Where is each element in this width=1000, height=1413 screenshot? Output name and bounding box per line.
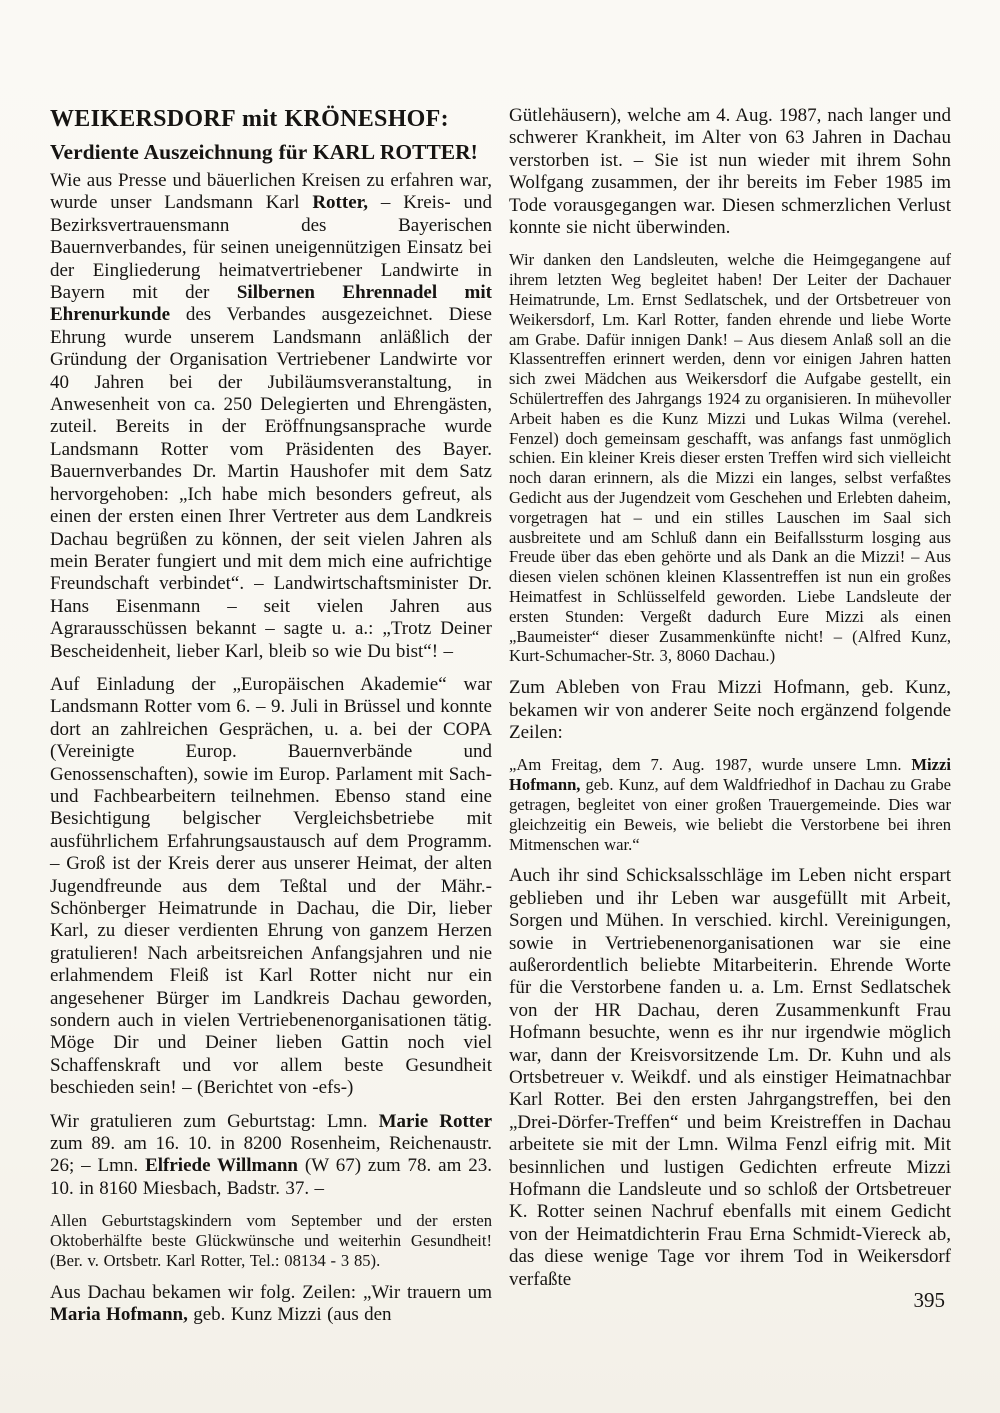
text-run: Auch ihr sind Schicksalsschläge im Leben… <box>509 865 951 1289</box>
text-run: Aus Dachau bekamen wir folg. Zeilen: „Wi… <box>50 1282 492 1303</box>
section-heading: WEIKERSDORF mit KRÖNESHOF: <box>50 105 492 133</box>
text-run: geb. Kunz Mizzi (aus den <box>188 1304 392 1325</box>
bold-text: Elfriede Willmann <box>145 1155 298 1176</box>
right-column-paragraphs: Gütlehäusern), welche am 4. Aug. 1987, n… <box>509 105 951 1291</box>
paragraph: Wir gratulieren zum Geburtstag: Lmn. Mar… <box>50 1111 492 1201</box>
paragraph: Wir danken den Landsleuten, welche die H… <box>509 250 951 666</box>
text-run: Wir gratulieren zum Geburtstag: Lmn. <box>50 1111 379 1132</box>
paragraph: Wie aus Presse und bäuerlichen Kreisen z… <box>50 170 492 663</box>
document-page: WEIKERSDORF mit KRÖNESHOF: Verdiente Aus… <box>0 0 1000 1413</box>
text-run: Auf Einladung der „Europäischen Akademie… <box>50 674 492 1098</box>
left-column: WEIKERSDORF mit KRÖNESHOF: Verdiente Aus… <box>50 105 492 1326</box>
paragraph: Auf Einladung der „Europäischen Akademie… <box>50 674 492 1100</box>
page-number: 395 <box>850 1288 945 1313</box>
text-run: „Am Freitag, dem 7. Aug. 1987, wurde uns… <box>509 755 911 774</box>
paragraph: Gütlehäusern), welche am 4. Aug. 1987, n… <box>509 105 951 239</box>
text-run: Gütlehäusern), welche am 4. Aug. 1987, n… <box>509 105 951 238</box>
paragraph: „Am Freitag, dem 7. Aug. 1987, wurde uns… <box>509 755 951 854</box>
paragraph: Auch ihr sind Schicksalsschläge im Leben… <box>509 865 951 1291</box>
bold-text: Marie Rotter <box>379 1111 492 1132</box>
text-run: Allen Geburtstagskindern vom September u… <box>50 1211 492 1270</box>
article-title: Verdiente Auszeichnung für KARL ROTTER! <box>50 140 492 165</box>
text-run: Zum Ableben von Frau Mizzi Hofmann, geb.… <box>509 677 951 743</box>
paragraph: Aus Dachau bekamen wir folg. Zeilen: „Wi… <box>50 1282 492 1327</box>
bold-text: Maria Hofmann, <box>50 1304 188 1325</box>
text-run: Wir danken den Landsleuten, welche die H… <box>509 250 951 665</box>
left-column-paragraphs: Wie aus Presse und bäuerlichen Kreisen z… <box>50 170 492 1326</box>
paragraph: Zum Ableben von Frau Mizzi Hofmann, geb.… <box>509 677 951 744</box>
text-run: des Verbandes ausgezeichnet. Diese Ehrun… <box>50 304 492 661</box>
right-column: Gütlehäusern), welche am 4. Aug. 1987, n… <box>509 105 951 1291</box>
paragraph: Allen Geburtstagskindern vom September u… <box>50 1211 492 1270</box>
bold-text: Rotter, <box>312 192 368 213</box>
